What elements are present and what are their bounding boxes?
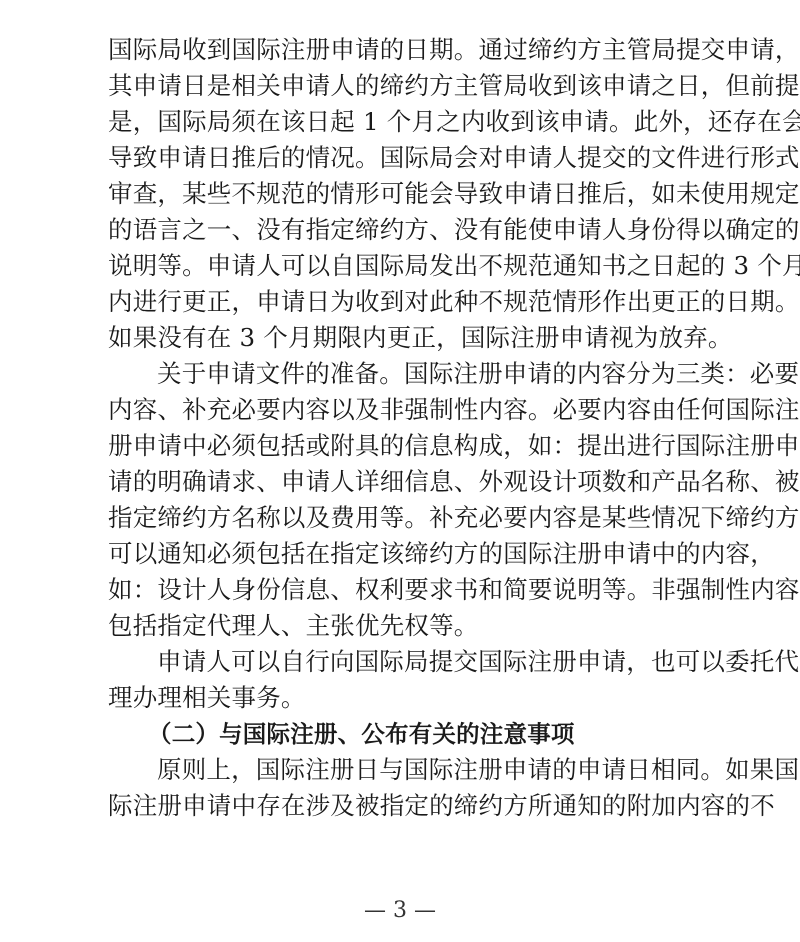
- text-line: 的语言之一、没有指定缔约方、没有能使申请人身份得以确定的: [108, 212, 704, 248]
- text-line: 册申请中必须包括或附具的信息构成，如：提出进行国际注册申: [108, 428, 704, 464]
- text-line: 请的明确请求、申请人详细信息、外观设计项数和产品名称、被: [108, 464, 704, 500]
- section-heading: （二）与国际注册、公布有关的注意事项: [108, 716, 704, 752]
- paragraph-continuation: 国际局收到国际注册申请的日期。通过缔约方主管局提交申请， 其申请日是相关申请人的…: [108, 32, 704, 356]
- text-line: 国际局收到国际注册申请的日期。通过缔约方主管局提交申请，: [108, 32, 704, 68]
- text-line: 申请人可以自行向国际局提交国际注册申请，也可以委托代: [108, 644, 704, 680]
- text-line: 内容、补充必要内容以及非强制性内容。必要内容由任何国际注: [108, 392, 704, 428]
- text-line: 如果没有在 3 个月期限内更正，国际注册申请视为放弃。: [108, 320, 704, 356]
- page-number: — 3 —: [0, 898, 800, 923]
- paragraph-application-documents: 关于申请文件的准备。国际注册申请的内容分为三类：必要 内容、补充必要内容以及非强…: [108, 356, 704, 644]
- text-line: 内进行更正，申请日为收到对此种不规范情形作出更正的日期。: [108, 284, 704, 320]
- paragraph-agent: 申请人可以自行向国际局提交国际注册申请，也可以委托代 理办理相关事务。: [108, 644, 704, 716]
- text-line: 际注册申请中存在涉及被指定的缔约方所通知的附加内容的不: [108, 788, 704, 824]
- text-line: 是，国际局须在该日起 1 个月之内收到该申请。此外，还存在会: [108, 104, 704, 140]
- text-line: 原则上，国际注册日与国际注册申请的申请日相同。如果国: [108, 752, 704, 788]
- text-line: 关于申请文件的准备。国际注册申请的内容分为三类：必要: [108, 356, 704, 392]
- paragraph-registration-date: 原则上，国际注册日与国际注册申请的申请日相同。如果国 际注册申请中存在涉及被指定…: [108, 752, 704, 824]
- text-line: 其申请日是相关申请人的缔约方主管局收到该申请之日，但前提: [108, 68, 704, 104]
- text-line: 导致申请日推后的情况。国际局会对申请人提交的文件进行形式: [108, 140, 704, 176]
- document-page: 国际局收到国际注册申请的日期。通过缔约方主管局提交申请， 其申请日是相关申请人的…: [108, 32, 704, 824]
- text-line: 可以通知必须包括在指定该缔约方的国际注册申请中的内容，: [108, 536, 704, 572]
- text-line: 理办理相关事务。: [108, 680, 704, 716]
- text-line: 如：设计人身份信息、权利要求书和简要说明等。非强制性内容: [108, 572, 704, 608]
- text-line: 说明等。申请人可以自国际局发出不规范通知书之日起的 3 个月: [108, 248, 704, 284]
- text-line: 审查，某些不规范的情形可能会导致申请日推后，如未使用规定: [108, 176, 704, 212]
- text-line: 指定缔约方名称以及费用等。补充必要内容是某些情况下缔约方: [108, 500, 704, 536]
- text-line: 包括指定代理人、主张优先权等。: [108, 608, 704, 644]
